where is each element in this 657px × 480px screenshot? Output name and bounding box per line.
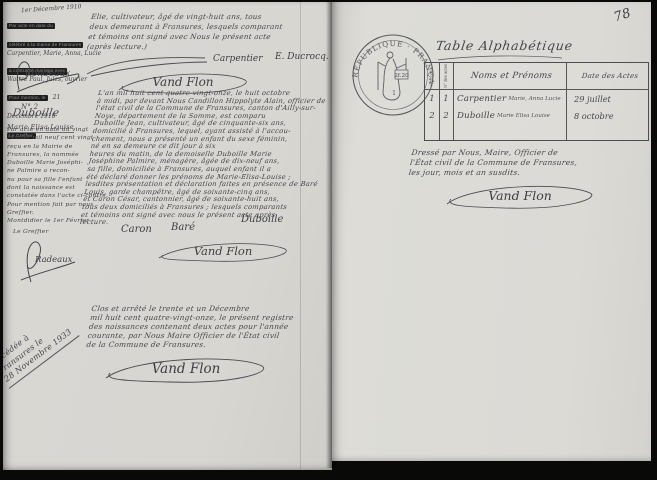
mention-line: nu pour sa fille l'enfant (7, 176, 87, 184)
row-order-number: 2 (425, 107, 439, 124)
mayor-signature: Vand Flon (98, 352, 273, 388)
birth-act-text: L'an mil huit cent quatre-vingt-onze, le… (79, 90, 332, 227)
printed-line: célébré à la mairie de Fransures (7, 42, 83, 48)
mayor-signature: Vand Flon (440, 180, 600, 214)
header-dates: Date des Actes (564, 63, 648, 89)
left-page: 1er Décembre 1910 Par acte en date du cé… (3, 2, 332, 470)
act-line: (après lecture.) (86, 42, 329, 52)
stamp-figure-head (387, 52, 393, 58)
mention-line: constatée dans l'acte ci-contre. (7, 192, 87, 200)
attestation-line: les jour, mois et an susdits. (408, 168, 647, 178)
table-body: 1 1 Carpentier Marie, Anna Lucie 29 juil… (425, 90, 648, 124)
row-date: 29 juillet (566, 90, 646, 107)
svg-text:Vand Flon: Vand Flon (152, 75, 213, 89)
closing-line: de la Commune de Fransures. (86, 340, 329, 349)
mention-line: dont la naissance est (7, 184, 87, 192)
svg-text:Rondeaux: Rondeaux (24, 69, 70, 79)
declarant-signature-duboille: Duboille (241, 214, 283, 225)
margin-recognition-mention: Par acte en date du vingtFévrier mil neu… (7, 126, 87, 226)
mention-line: Duboille Marie Joséphi- (7, 159, 87, 167)
svg-text:Vand Flon: Vand Flon (152, 361, 221, 377)
witness-signature-bare: Baré (171, 222, 195, 233)
row-given-names: Marie, Anna Lucie (508, 96, 560, 102)
witness-signature: E. Ducrocq. (275, 52, 329, 62)
act-line: et témoins ont signé avec Nous le présen… (88, 32, 331, 42)
page-crease (300, 2, 301, 470)
mention-line: Par acte en date du vingt (7, 126, 87, 134)
mention-line: ne Palmire a recon- (7, 167, 87, 175)
row-name: Duboille Marie Elisa Louise (453, 107, 566, 124)
row-act-number: 2 (439, 107, 453, 124)
greffier-signature-2: Radeaux (7, 232, 85, 288)
attestation-line: Dressé par Nous, Maire, Officier de (411, 148, 650, 158)
mention-line: Montdidier le 1er Février (7, 217, 87, 225)
closing-line: Clos et arrêté le trente et un Décembre (91, 304, 332, 313)
row-order-number: 1 (425, 90, 439, 107)
row-surname: Carpentier (457, 94, 506, 104)
witness-signature-caron: Caron (121, 224, 152, 235)
act-line: lecture. (79, 219, 322, 227)
svg-text:Radeaux: Radeaux (34, 255, 73, 265)
svg-text:Vand Flon: Vand Flon (488, 188, 552, 203)
closing-line: courante, par Nous Maire Officier de l'É… (87, 331, 330, 340)
table-title: Table Alphabétique (435, 38, 574, 53)
page-corner-mark: 78 (612, 6, 633, 26)
closing-statement: Clos et arrêté le trente et un Décembrem… (86, 304, 332, 349)
header-acts: N° des actes (443, 64, 449, 88)
mayor-signature: Vand Flon (153, 238, 293, 266)
mention-line: Fransures, la nommée (7, 151, 87, 159)
mention-line: Greffier. (7, 209, 87, 217)
closing-line: des naissances contenant deux actes pour… (88, 322, 331, 331)
header-order: N° d'ordre (429, 67, 435, 86)
table-row: 2 2 Duboille Marie Elisa Louise 8 octobr… (425, 107, 648, 124)
row-date: 8 octobre (566, 107, 646, 124)
printed-line: Par acte en date du (7, 23, 55, 29)
svg-text:2f.20: 2f.20 (394, 73, 409, 79)
row-surname: Duboille (457, 111, 495, 121)
table-row: 1 1 Carpentier Marie, Anna Lucie 29 juil… (425, 90, 648, 107)
attestation-line: l'État civil de la Commune de Fransures, (409, 158, 648, 168)
attestation-text: Dressé par Nous, Maire, Officier del'Éta… (408, 148, 650, 178)
mention-line: Pour mention fait par nous (7, 201, 87, 209)
row-given-names: Marie Elisa Louise (497, 113, 550, 119)
greffier-signature-paraph: Rondeaux (5, 50, 87, 98)
groom-signature: Carpentier (213, 54, 263, 64)
closing-line: mil huit cent quatre-vingt-onze, le prés… (90, 313, 332, 322)
table-header-row: N° d'ordre N° des actes Noms et Prénoms … (425, 63, 648, 89)
act-1-fragment: Elie, cultivateur, âgé de vingt-huit ans… (86, 12, 332, 52)
right-page: 78 RÉPUBLIQUE · FRANÇAISE 2f.20 1 Table … (332, 2, 651, 461)
header-names: Noms et Prénoms (451, 63, 568, 89)
svg-text:Vand Flon: Vand Flon (194, 244, 253, 258)
alphabetical-table: N° d'ordre N° des actes Noms et Prénoms … (424, 62, 649, 141)
row-act-number: 1 (439, 90, 453, 107)
mention-line: reçu en la Mairie de (7, 143, 87, 151)
row-name: Carpentier Marie, Anna Lucie (453, 90, 566, 107)
act-line: et témoins ont signé avec nous le présen… (80, 212, 323, 220)
mention-line: Février mil neuf cent vingt (7, 134, 87, 142)
act-line: deux demeurant à Fransures, lesquels com… (89, 22, 332, 32)
deceased-note: Décédée àFransures le28 Novembre 1933 (3, 308, 79, 388)
act-line: Elie, cultivateur, âgé de vingt-huit ans… (90, 12, 332, 22)
svg-text:1: 1 (392, 90, 396, 97)
